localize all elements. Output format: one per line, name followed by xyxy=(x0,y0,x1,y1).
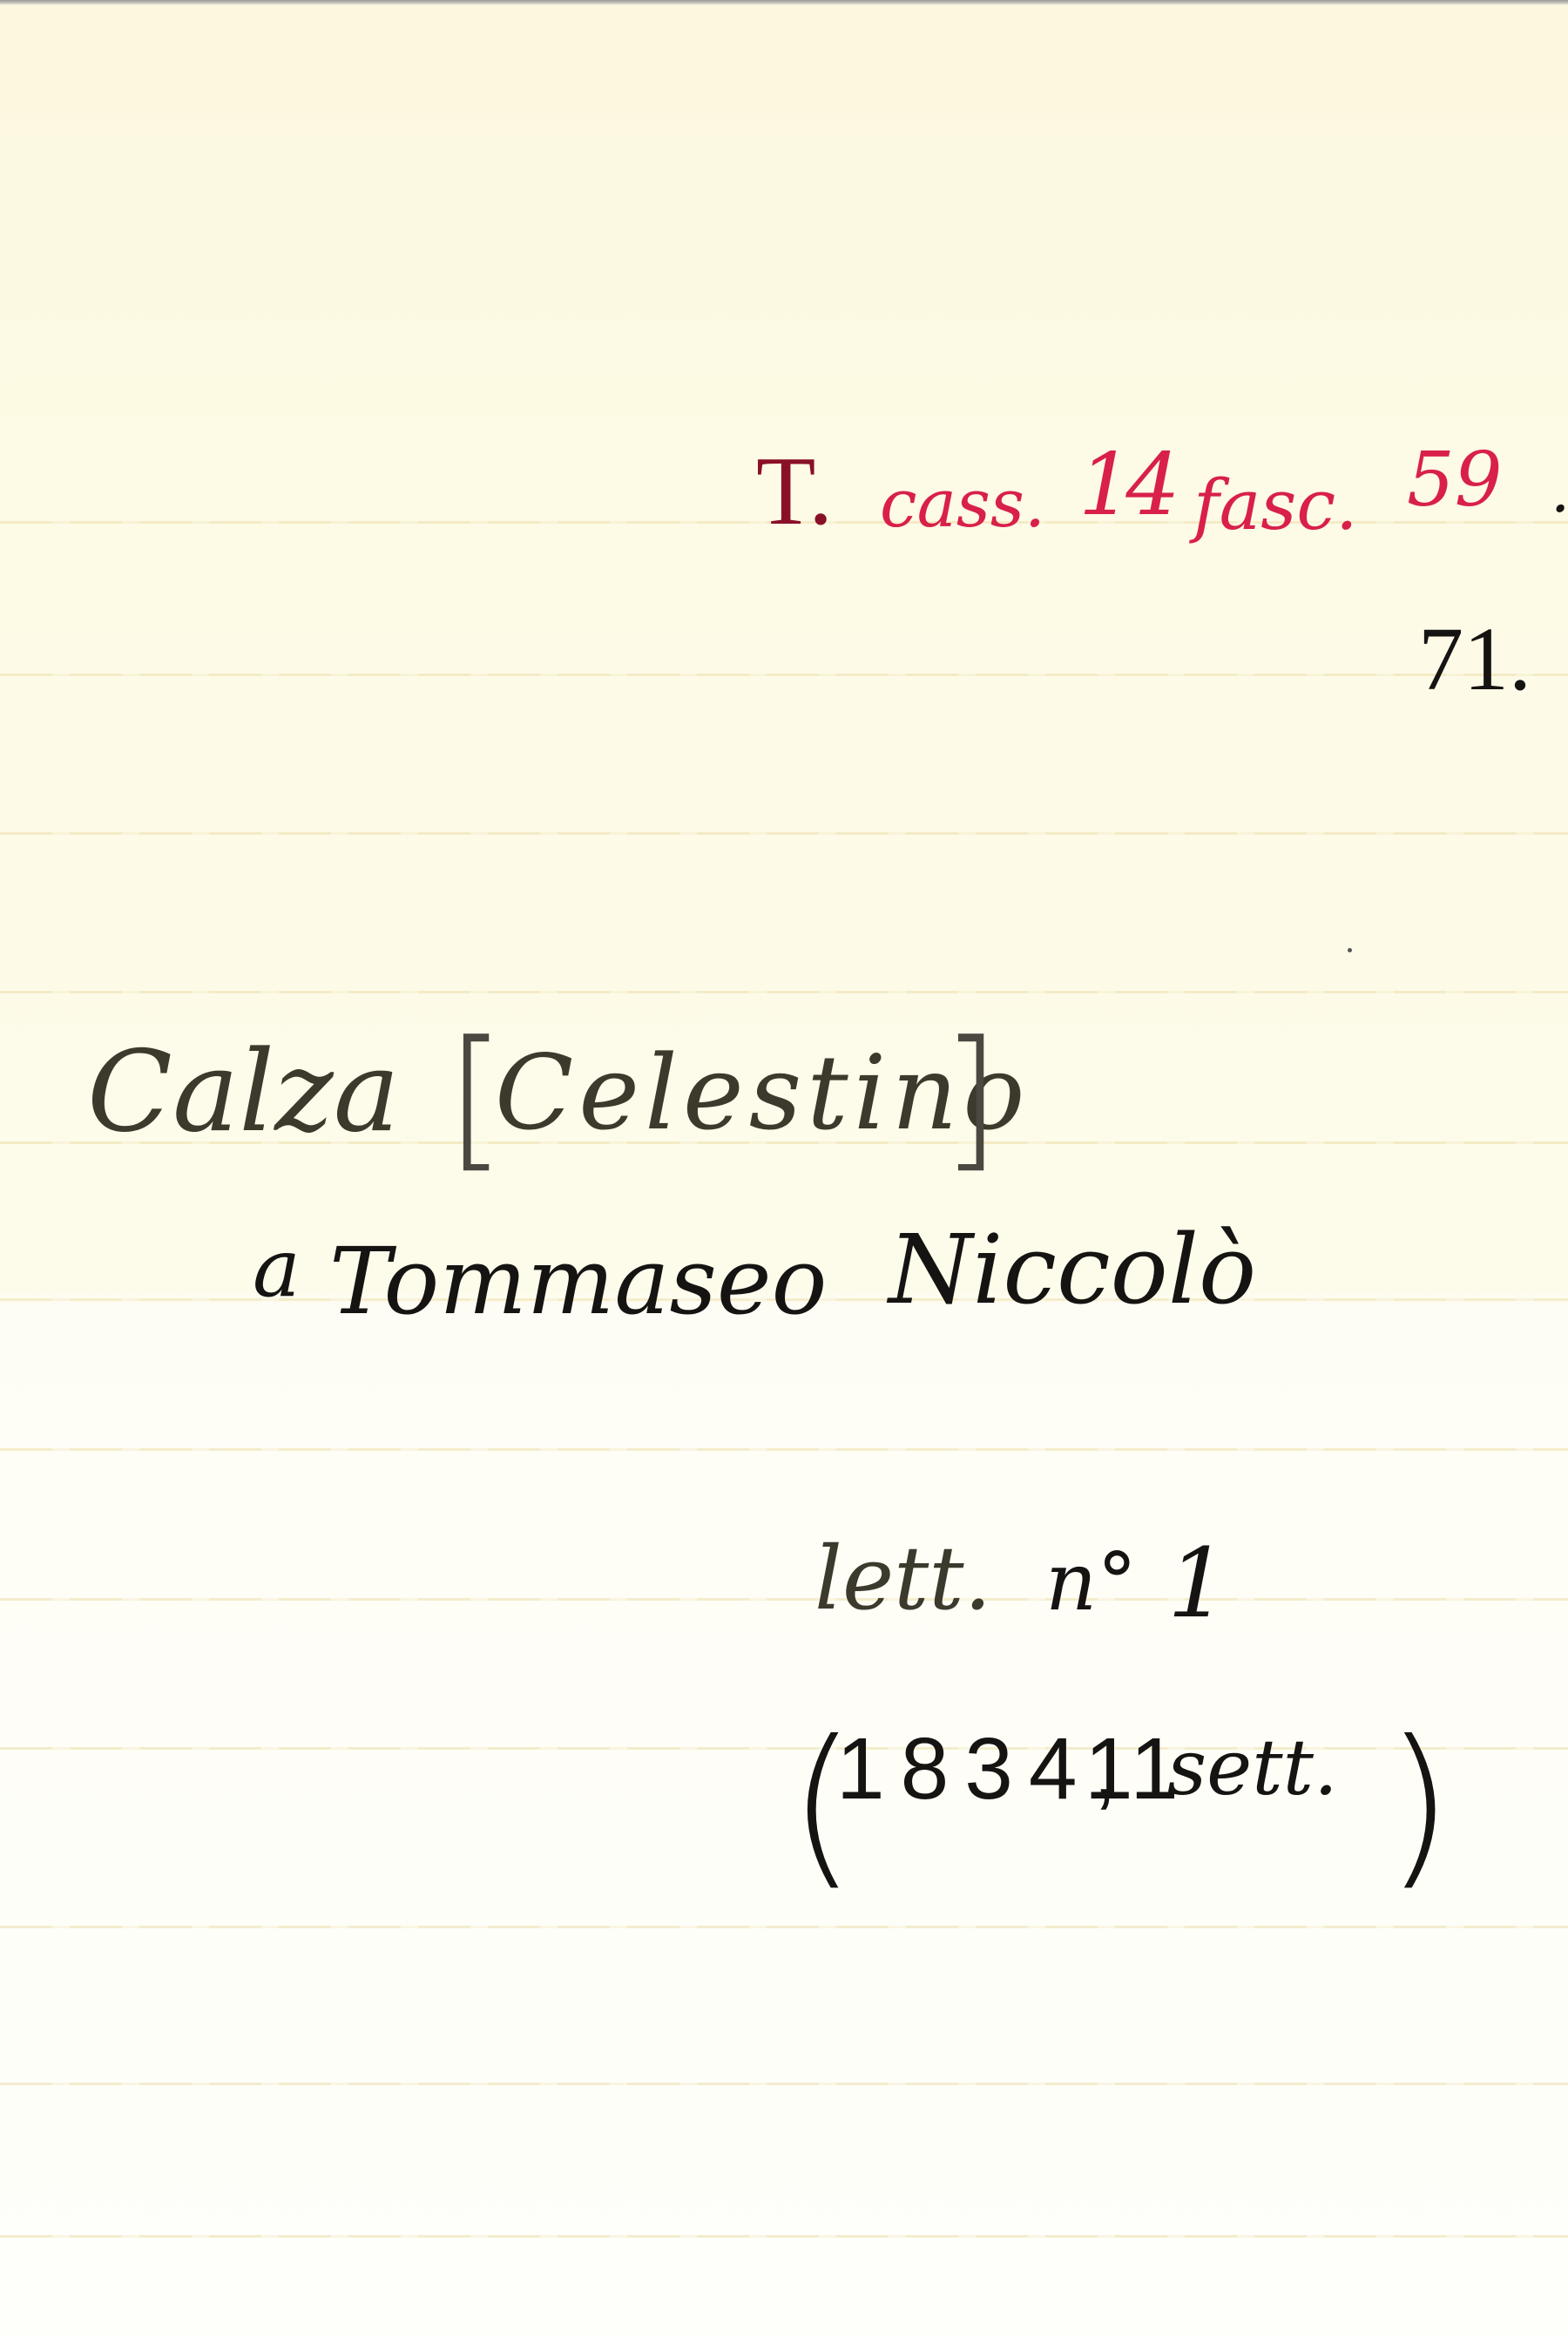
letter-count-value: 1 xyxy=(1167,1535,1228,1631)
ruled-line xyxy=(0,2235,1568,2238)
ruled-line xyxy=(0,832,1568,835)
sender-surname: Calza xyxy=(87,1037,400,1148)
item-number: 71. xyxy=(1418,614,1531,705)
shelfmark-fascicolo-label: fasc. xyxy=(1193,471,1358,540)
ruled-line xyxy=(0,674,1568,676)
ruled-line xyxy=(0,1598,1568,1601)
shelfmark-fascicolo-number: 59 xyxy=(1407,443,1502,518)
ruled-line xyxy=(0,1926,1568,1928)
scan-top-edge xyxy=(0,0,1568,5)
date-month: sett. xyxy=(1167,1730,1338,1806)
shelfmark-trailing-dot: . xyxy=(1551,460,1568,521)
date-paren-close: ) xyxy=(1385,1704,1453,1907)
recipient-surname: Tommaseo xyxy=(329,1236,827,1328)
ruled-line xyxy=(0,991,1568,993)
shelfmark-cassetta-number: 14 xyxy=(1078,443,1173,528)
recipient-preposition: a xyxy=(253,1229,301,1309)
letter-count-number-label: n° xyxy=(1045,1542,1137,1622)
index-card xyxy=(0,0,1568,2337)
recipient-first-name: Niccolò xyxy=(889,1222,1256,1318)
ruled-line xyxy=(0,1448,1568,1451)
sender-bracket-close: ] xyxy=(941,1021,1001,1175)
letter-count-label: lett. xyxy=(814,1535,991,1622)
shelfmark-prefix: T. xyxy=(756,443,833,540)
ruled-line xyxy=(0,2083,1568,2085)
ink-speck xyxy=(1348,948,1352,952)
shelfmark-cassetta-label: cass. xyxy=(880,471,1045,537)
